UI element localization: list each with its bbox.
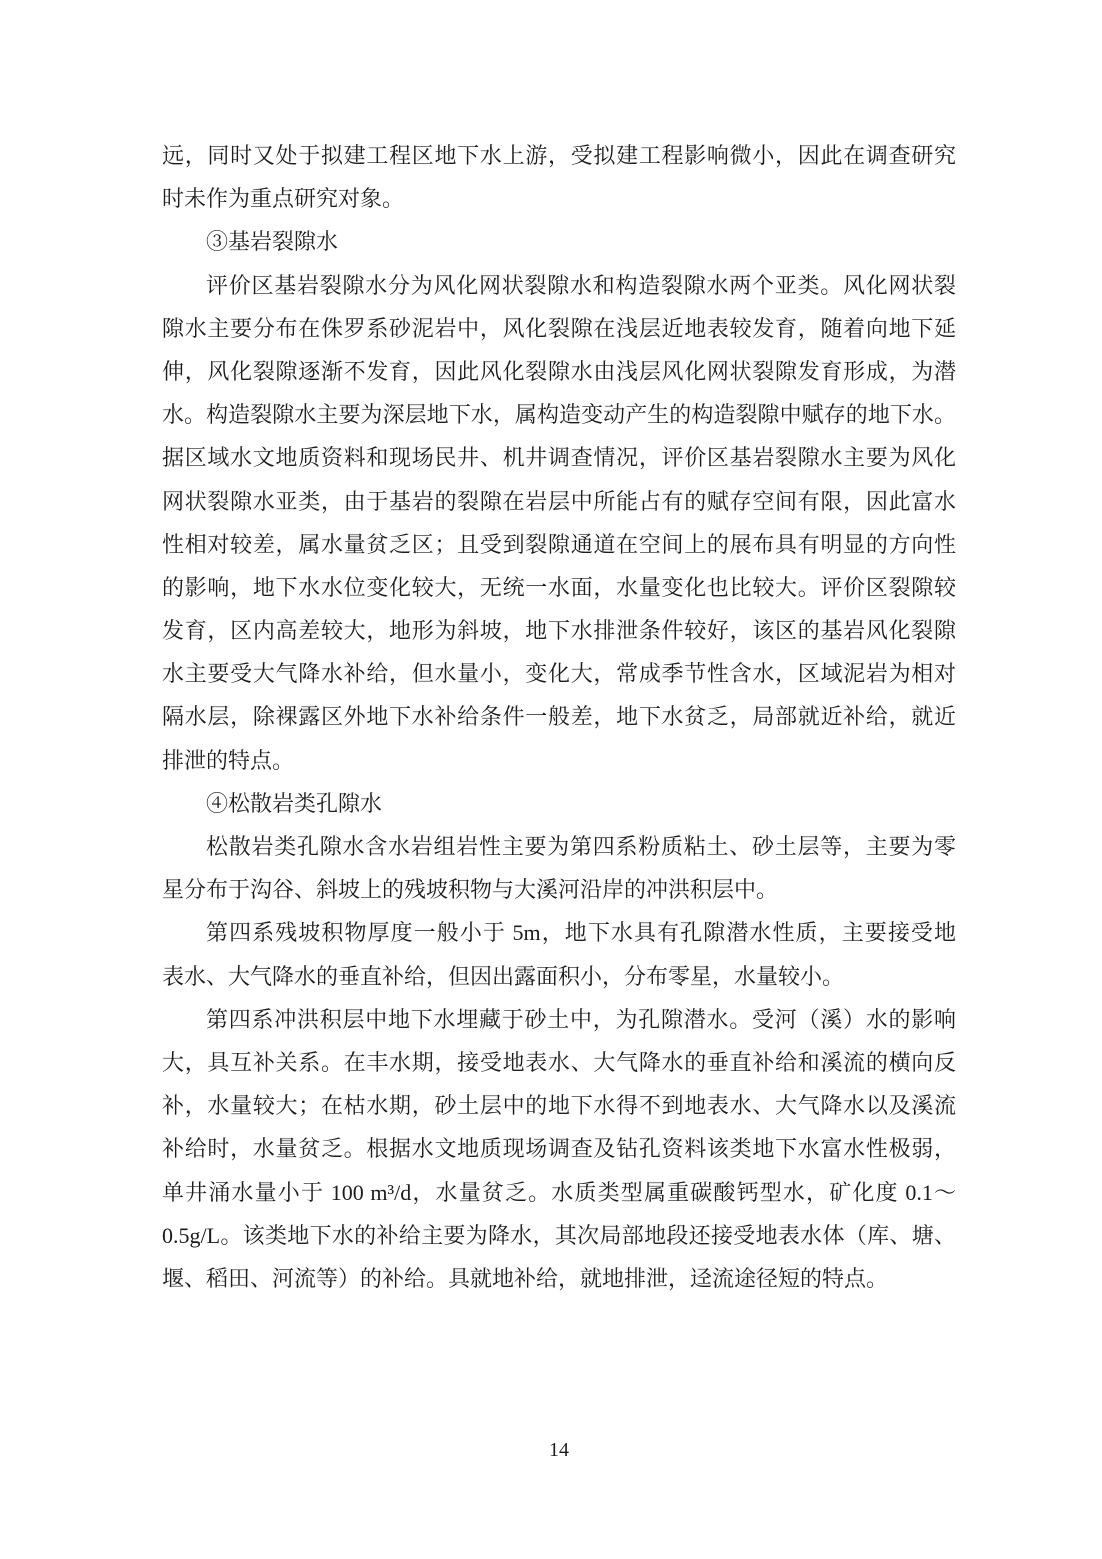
text-line: 大，具互补关系。在丰水期，接受地表水、大气降水的垂直补给和溪流的横向反 (162, 1041, 956, 1084)
text-line: 水主要受大气降水补给，但水量小，变化大，常成季节性含水，区域泥岩为相对 (162, 652, 956, 695)
text-line: 伸，风化裂隙逐渐不发育，因此风化裂隙水由浅层风化网状裂隙发育形成，为潜 (162, 350, 956, 393)
text-line: 补，水量较大；在枯水期，砂土层中的地下水得不到地表水、大气降水以及溪流 (162, 1084, 956, 1127)
text-line: 单井涌水量小于 100 m³/d，水量贫乏。水质类型属重碳酸钙型水，矿化度 0.… (162, 1171, 956, 1214)
text-line: 隙水主要分布在侏罗系砂泥岩中，风化裂隙在浅层近地表较发育，随着向地下延 (162, 307, 956, 350)
text-line: 第四系残坡积物厚度一般小于 5m，地下水具有孔隙潜水性质，主要接受地 (162, 911, 956, 954)
text-line: 星分布于沟谷、斜坡上的残坡积物与大溪河沿岸的冲洪积层中。 (162, 868, 956, 911)
text-line: 隔水层，除裸露区外地下水补给条件一般差，地下水贫乏，局部就近补给，就近 (162, 695, 956, 738)
text-line: 的影响，地下水水位变化较大，无统一水面，水量变化也比较大。评价区裂隙较 (162, 566, 956, 609)
text-line: 据区域水文地质资料和现场民井、机井调查情况，评价区基岩裂隙水主要为风化 (162, 436, 956, 479)
text-line: 第四系冲洪积层中地下水埋藏于砂土中，为孔隙潜水。受河（溪）水的影响 (162, 998, 956, 1041)
text-line: 时未作为重点研究对象。 (162, 177, 956, 220)
section-heading-3: ③基岩裂隙水 (162, 220, 956, 263)
text-line: 评价区基岩裂隙水分为风化网状裂隙水和构造裂隙水两个亚类。风化网状裂 (162, 264, 956, 307)
text-line: 排泄的特点。 (162, 739, 956, 782)
text-line: 松散岩类孔隙水含水岩组岩性主要为第四系粉质粘土、砂土层等，主要为零 (162, 825, 956, 868)
section-heading-4: ④松散岩类孔隙水 (162, 782, 956, 825)
text-line: 网状裂隙水亚类，由于基岩的裂隙在岩层中所能占有的赋存空间有限，因此富水 (162, 480, 956, 523)
text-line: 堰、稻田、河流等）的补给。具就地补给，就地排泄，迳流途径短的特点。 (162, 1257, 956, 1300)
text-line: 远，同时又处于拟建工程区地下水上游，受拟建工程影响微小，因此在调查研究 (162, 134, 956, 177)
text-line: 补给时，水量贫乏。根据水文地质现场调查及钻孔资料该类地下水富水性极弱， (162, 1127, 956, 1170)
document-body: 远，同时又处于拟建工程区地下水上游，受拟建工程影响微小，因此在调查研究 时未作为… (162, 134, 956, 1300)
page-number: 14 (162, 1438, 956, 1462)
text-line: 水。构造裂隙水主要为深层地下水，属构造变动产生的构造裂隙中赋存的地下水。 (162, 393, 956, 436)
text-line: 发育，区内高差较大，地形为斜坡，地下水排泄条件较好，该区的基岩风化裂隙 (162, 609, 956, 652)
document-page: 远，同时又处于拟建工程区地下水上游，受拟建工程影响微小，因此在调查研究 时未作为… (0, 0, 1102, 1559)
text-line: 0.5g/L。该类地下水的补给主要为降水，其次局部地段还接受地表水体（库、塘、 (162, 1214, 956, 1257)
text-line: 性相对较差，属水量贫乏区；且受到裂隙通道在空间上的展布具有明显的方向性 (162, 523, 956, 566)
text-line: 表水、大气降水的垂直补给，但因出露面积小，分布零星，水量较小。 (162, 955, 956, 998)
